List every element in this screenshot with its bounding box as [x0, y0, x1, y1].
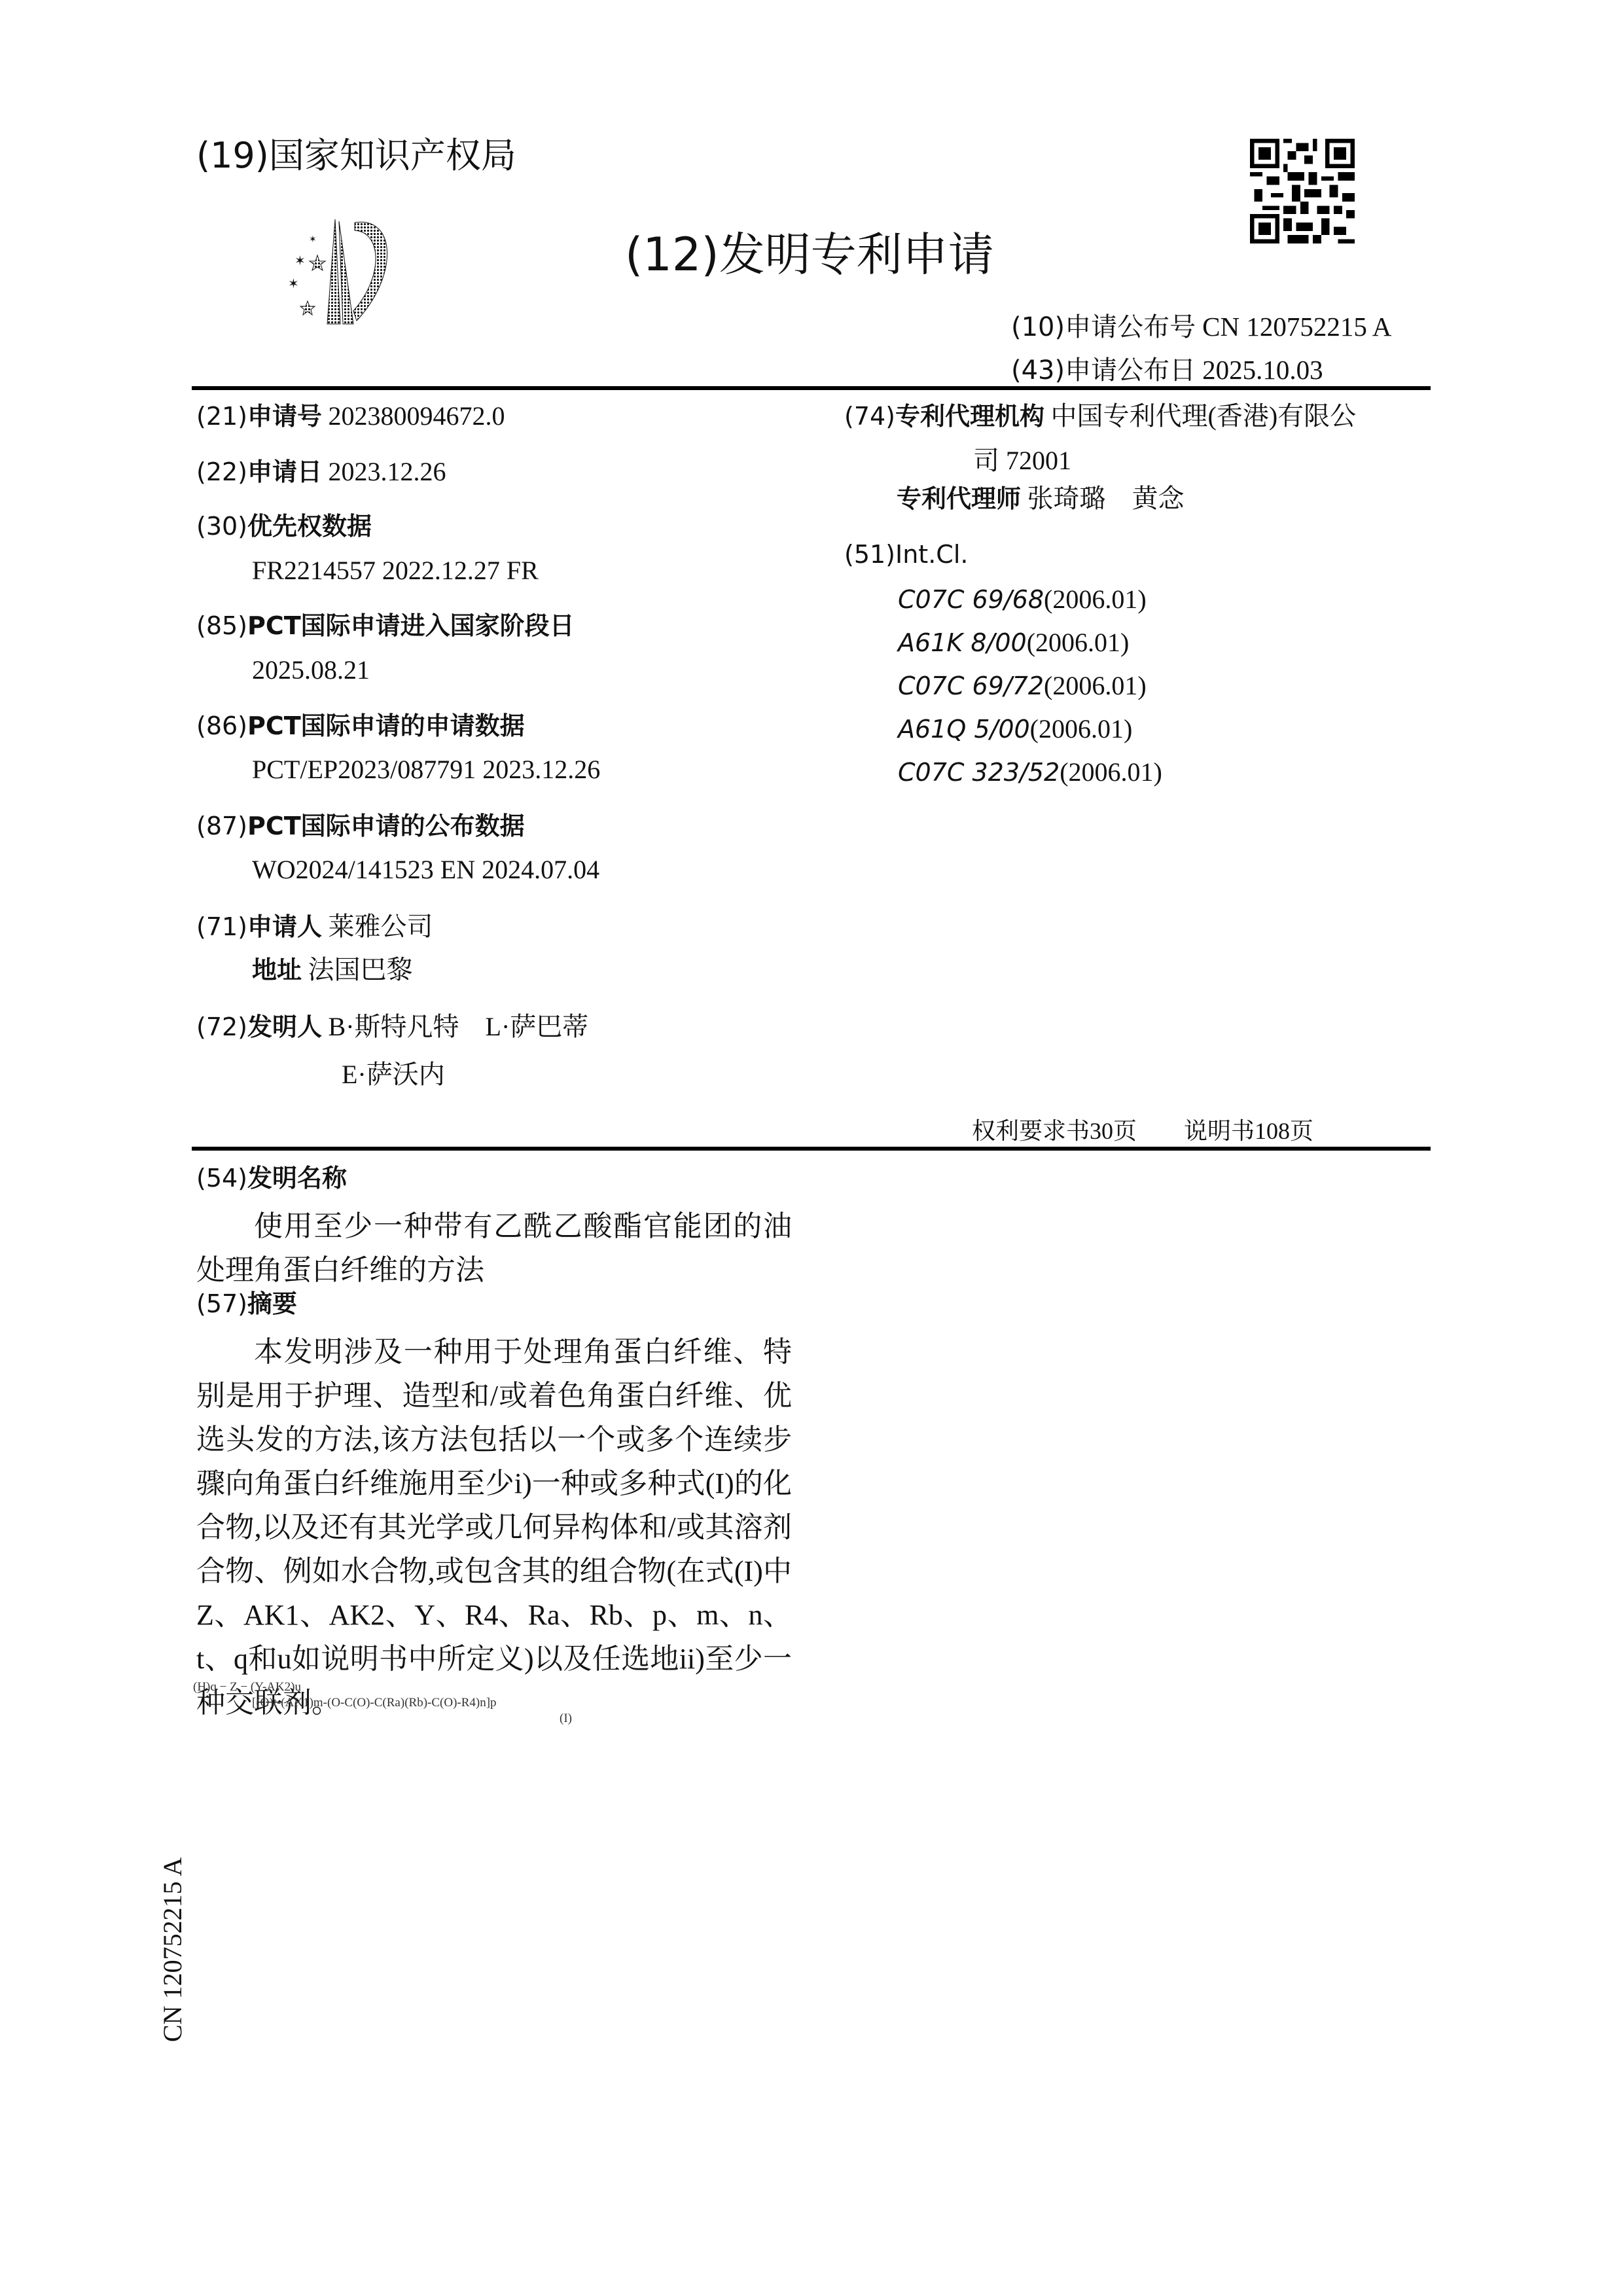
publication-number: (10)申请公布号 CN 120752215 A	[1011, 306, 1391, 344]
application-number: (21)申请号 202380094672.0	[196, 401, 505, 433]
abstract-heading: (57)摘要	[196, 1289, 297, 1320]
chemical-formula: (H)q − Z − (Y-AK2)u [(O)t-(AK1)m-(O-C(O)…	[193, 1679, 572, 1727]
ipc-item: C07C 69/68(2006.01)	[898, 584, 1147, 615]
svg-text:✶: ✶	[294, 254, 306, 268]
formula-label: (I)	[193, 1711, 572, 1727]
pct-application-data-value: PCT/EP2023/087791 2023.12.26	[252, 754, 600, 785]
patent-agent-value: 张琦璐 黄念	[1027, 484, 1185, 513]
ipc-item: A61Q 5/00(2006.01)	[898, 713, 1132, 744]
priority-data-value: FR2214557 2022.12.27 FR	[252, 555, 539, 586]
inventors-line-2: E·萨沃内	[342, 1054, 445, 1091]
inventors: (72)发明人 B·斯特凡特 L·萨巴蒂	[196, 1011, 588, 1043]
patent-agency-value: 中国专利代理(香港)有限公	[1051, 401, 1357, 431]
patent-agency: (74)专利代理机构 中国专利代理(香港)有限公	[844, 401, 1356, 433]
application-date-value: 2023.12.26	[329, 457, 446, 486]
pct-publication-data: (87)PCT国际申请的公布数据	[196, 812, 525, 842]
abstract-text: 本发明涉及一种用于处理角蛋白纤维、特别是用于护理、造型和/或着色角蛋白纤维、优选…	[196, 1330, 792, 1725]
formula-line-1: (H)q − Z − (Y-AK2)u	[193, 1679, 572, 1695]
document-type: (12)发明专利申请	[625, 218, 994, 284]
pct-national-phase-date-value: 2025.08.21	[252, 655, 370, 685]
applicant-address: 地址 法国巴黎	[252, 954, 413, 986]
cnipa-logo-icon: ✶ ✶ ✶	[262, 216, 432, 347]
applicant-value: 莱雅公司	[329, 912, 433, 941]
office-name: (19)国家知识产权局	[196, 128, 516, 178]
middle-divider	[192, 1147, 1431, 1151]
patent-agency-value-line-2: 司 72001	[973, 440, 1071, 477]
page-counts: 权利要求书30页 说明书108页	[972, 1113, 1313, 1146]
side-publication-number: CN 120752215 A	[157, 1857, 188, 2042]
publication-date-value: 2025.10.03	[1202, 355, 1323, 385]
qr-code-icon	[1250, 139, 1355, 243]
publication-date: (43)申请公布日 2025.10.03	[1011, 350, 1323, 387]
pct-application-data: (86)PCT国际申请的申请数据	[196, 711, 525, 742]
svg-text:✶: ✶	[309, 235, 317, 245]
ipc-item: A61K 8/00(2006.01)	[898, 627, 1129, 658]
publication-date-label: (43)申请公布日	[1011, 355, 1196, 386]
priority-data: (30)优先权数据	[196, 512, 372, 543]
patent-agent: 专利代理师 张琦璐 黄念	[897, 483, 1185, 515]
application-date: (22)申请日 2023.12.26	[196, 456, 446, 488]
ipc-item: C07C 69/72(2006.01)	[898, 670, 1147, 701]
publication-number-label: (10)申请公布号	[1011, 312, 1196, 342]
invention-title: 使用至少一种带有乙酰乙酸酯官能团的油处理角蛋白纤维的方法	[196, 1204, 792, 1292]
application-number-value: 202380094672.0	[329, 401, 505, 431]
svg-text:✶: ✶	[288, 277, 299, 291]
pct-national-phase-date: (85)PCT国际申请进入国家阶段日	[196, 611, 575, 642]
pct-publication-data-value: WO2024/141523 EN 2024.07.04	[252, 854, 599, 885]
ipc-item: C07C 323/52(2006.01)	[898, 757, 1162, 787]
top-divider	[192, 386, 1431, 390]
applicant-address-value: 法国巴黎	[308, 955, 413, 984]
formula-line-2: [(O)t-(AK1)m-(O-C(O)-C(Ra)(Rb)-C(O)-R4)n…	[193, 1695, 572, 1711]
publication-number-value: CN 120752215 A	[1202, 312, 1391, 342]
inventors-line-1: B·斯特凡特 L·萨巴蒂	[329, 1012, 589, 1041]
applicant: (71)申请人 莱雅公司	[196, 911, 433, 943]
invention-title-heading: (54)发明名称	[196, 1164, 347, 1194]
ipc-classification: (51)Int.Cl.	[844, 540, 968, 571]
